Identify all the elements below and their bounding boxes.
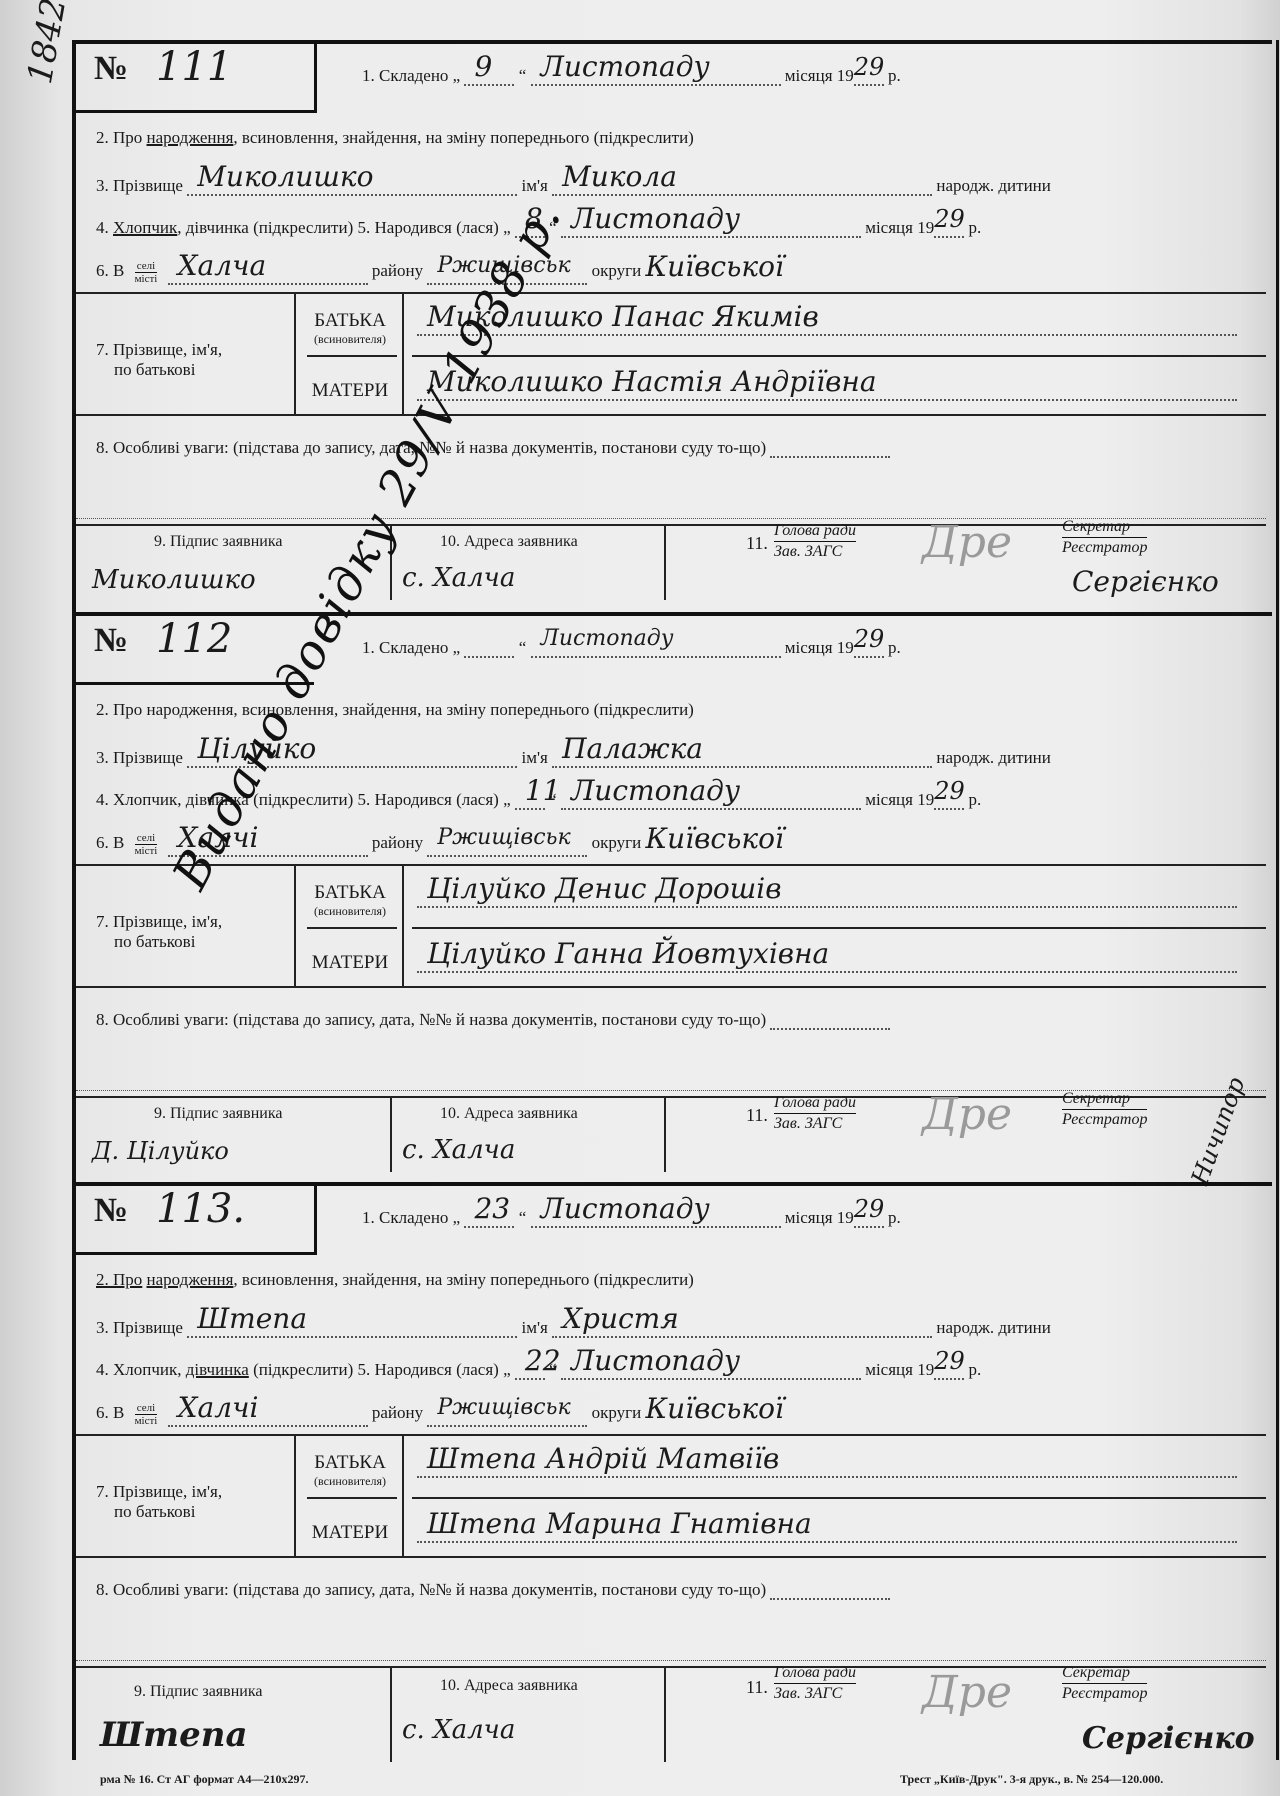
mother-name: Миколишко Настія Андріївна [427,365,877,399]
option-adoption: всиновлення [242,128,334,147]
divider [412,1497,1266,1499]
applicant-signature: Д. Цілуйко [92,1137,229,1165]
secretary-signature: Сергієнко [1072,565,1219,598]
divider [390,1667,392,1762]
born-day: 11 [525,774,561,808]
label-district: району [372,261,423,280]
mother-row: Штепа Марина Гнатівна [417,1515,1260,1543]
child-surname: Миколишко [197,160,373,194]
row-composed: 1. Складено „ “ Листопаду місяця 1929 р. [362,630,1260,658]
label-name: ім'я [521,1318,547,1337]
label-surname: 3. Прізвище [96,1318,183,1337]
divider [76,1434,1266,1436]
divider [390,1097,392,1172]
option-change: на зміну попереднього (підкреслити) [426,700,694,719]
option-girl: дівчинка [186,218,249,237]
label-in: 6. В [96,261,124,280]
label-born: 5. Народився (лася) „ [358,1360,511,1379]
divider [412,355,1266,357]
composed-year: 29 [854,622,885,656]
composed-month: Листопаду [541,1192,710,1226]
applicant-address: с. Халча [402,563,515,593]
composed-month: Листопаду [541,50,710,84]
born-year: 29 [934,202,965,236]
label-applicant-address: 10. Адреса заявника [440,1105,578,1123]
divider [307,355,397,357]
label-applicant-address: 10. Адреса заявника [440,533,578,551]
label-child: народж. дитини [936,748,1051,767]
okruha-name: Київської [645,1392,783,1425]
divider [76,414,1266,416]
divider [294,294,296,414]
form-footer-right: Трест „Київ-Друк". 3-я друк., в. № 254—1… [900,1772,1163,1787]
mother-row: Миколишко Настія Андріївна [417,373,1260,401]
label-head-num: 11. [746,1677,768,1698]
option-boy: Хлопчик [113,1360,177,1379]
option-foundling: знайдення [342,128,417,147]
row-place: 6. В селімісті Халча району Ржищівськ ок… [96,250,1260,285]
option-foundling: знайдення [342,1270,417,1289]
composed-year: 29 [854,1192,885,1226]
label-secretary: СекретарРеєстратор [1062,1089,1147,1130]
label-parents: 7. Прізвище, ім'я, [96,340,222,359]
label-head: Голова радиЗав. ЗАГС [774,521,856,562]
label-surname: 3. Прізвище [96,748,183,767]
label-year: р. [968,1360,981,1379]
divider [664,525,666,600]
label-district: району [372,833,423,852]
row-remarks: 8. Особливі уваги: (підстава до запису, … [96,1010,1260,1030]
secretary-signature: Сергієнко [1082,1721,1255,1756]
label-composed: 1. Складено „ [362,638,460,657]
option-change: на зміну попереднього (підкреслити) [426,1270,694,1289]
label-patronymic: по батькові [96,932,195,951]
label-okruha: округи [592,1403,642,1422]
row-remarks: 8. Особливі уваги: (підстава до запису, … [96,438,1260,458]
record-112: № 112 1. Складено „ “ Листопаду місяця 1… [72,612,1272,1117]
divider [402,866,404,986]
divider [664,1667,666,1762]
mother-label: МАТЕРИ [298,952,402,974]
label-gender-num: 4. [96,790,109,809]
row-composed: 1. Складено „ 9 “ Листопаду місяця 1929 … [362,58,1260,86]
divider [76,864,1266,866]
option-birth: народження [147,128,234,147]
father-row: Штепа Андрій Матвіїв [417,1450,1260,1478]
label-about: 2. Про [96,128,142,147]
applicant-signature: Штепа [100,1715,247,1755]
label-month: місяця 19 [865,1360,934,1379]
label-month: місяця 19 [785,638,854,657]
label-about: 2. Про [96,700,142,719]
born-year: 29 [934,1344,965,1378]
option-foundling: знайдення [342,700,417,719]
label-in: 6. В [96,833,124,852]
number-sign: № [94,1192,128,1230]
label-parents: 7. Прізвище, ім'я, [96,912,222,931]
option-boy: Хлопчик [113,218,177,237]
record-112-signatures: 9. Підпис заявника 10. Адреса заявника 1… [72,1097,1272,1177]
village-town-fraction: селімісті [135,1402,158,1427]
label-patronymic: по батькові [96,360,195,379]
village-name: Халчі [178,1391,259,1425]
village-name: Халча [178,249,267,283]
label-remarks: 8. Особливі уваги: (підстава до запису, … [96,1010,766,1029]
label-remarks: 8. Особливі уваги: (підстава до запису, … [96,1580,766,1599]
remarks-value [770,1014,890,1030]
divider [402,294,404,414]
row-gender-born: 4. Хлопчик, дівчинка (підкреслити) 5. На… [96,210,1260,238]
label-okruha: округи [592,833,642,852]
label-head: Голова радиЗав. ЗАГС [774,1663,856,1704]
okruha-name: Київської [645,822,783,855]
label-child: народж. дитини [936,176,1051,195]
option-birth: народження [147,1270,234,1289]
district-name: Ржищівськ [437,1391,570,1425]
row-remarks: 8. Особливі уваги: (підстава до запису, … [96,1580,1260,1600]
father-name: Цілуйко Денис Дорошів [427,872,782,906]
born-month: Листопаду [571,774,740,808]
label-name: ім'я [521,748,547,767]
district-name: Ржищівськ [437,821,570,855]
label-underline-hint: (підкреслити) [253,790,353,809]
applicant-signature: Миколишко [92,565,256,595]
option-birth: народження [147,700,234,719]
label-parents: 7. Прізвище, ім'я, [96,1482,222,1501]
born-year: 29 [934,774,965,808]
father-label: БАТЬКА(всиновителя) [298,1452,402,1489]
label-month: місяця 19 [865,218,934,237]
okruha-name: Київської [645,250,783,283]
head-signature: Дре [922,1089,1012,1140]
father-row: Миколишко Панас Якимів [417,308,1260,336]
divider [412,927,1266,929]
father-row: Цілуйко Денис Дорошів [417,880,1260,908]
record-111-signatures: 9. Підпис заявника 10. Адреса заявника 1… [72,525,1272,605]
label-gender-num: 4. [96,218,109,237]
applicant-address: с. Халча [402,1715,515,1745]
record-number: 111 [156,44,232,90]
label-year: р. [968,218,981,237]
record-111: № 111 1. Складено „ 9 “ Листопаду місяця… [72,40,1272,545]
label-year: р. [968,790,981,809]
mother-label: МАТЕРИ [298,380,402,402]
applicant-address: с. Халча [402,1135,515,1165]
label-composed: 1. Складено „ [362,66,460,85]
number-sign: № [94,622,128,660]
label-gender-num: 4. [96,1360,109,1379]
row-about: 2. Про народження, всиновлення, знайденн… [96,1270,1260,1290]
record-number-box: № 113. [76,1182,317,1255]
record-number: 113. [156,1186,245,1232]
divider [307,1497,397,1499]
label-month: місяця 19 [785,66,854,85]
label-applicant-signature: 9. Підпис заявника [134,1683,262,1701]
child-name: Христя [562,1302,679,1336]
born-month: Листопаду [571,202,740,236]
row-surname: 3. Прізвище Штепа ім'я Христя народж. ди… [96,1310,1260,1338]
label-applicant-signature: 9. Підпис заявника [154,533,282,551]
label-patronymic: по батькові [96,1502,195,1521]
father-label: БАТЬКА(всиновителя) [298,882,402,919]
label-composed: 1. Складено „ [362,1208,460,1227]
child-name: Микола [562,160,677,194]
label-applicant-address: 10. Адреса заявника [440,1677,578,1695]
composed-year: 29 [854,50,885,84]
village-town-fraction: селімісті [135,832,158,857]
divider [76,292,1266,294]
record-113-signatures: 9. Підпис заявника 10. Адреса заявника 1… [72,1667,1272,1767]
label-head: Голова радиЗав. ЗАГС [774,1093,856,1134]
row-place: 6. В селімісті Халчі району Ржищівськ ок… [96,822,1260,857]
label-okruha: округи [592,261,642,280]
remarks-value [770,442,890,458]
composed-month: Листопаду [541,622,674,656]
composed-day: 9 [474,50,492,84]
label-underline-hint: (підкреслити) [253,218,353,237]
head-signature: Дре [922,1667,1012,1718]
born-day: 22 [525,1344,561,1378]
label-secretary: СекретарРеєстратор [1062,517,1147,558]
divider [76,986,1266,988]
row-gender-born: 4. Хлопчик, дівчинка (підкреслити) 5. На… [96,1352,1260,1380]
label-year: р. [888,1208,901,1227]
label-applicant-signature: 9. Підпис заявника [154,1105,282,1123]
mother-row: Цілуйко Ганна Йовтухівна [417,945,1260,973]
head-signature: Дре [922,517,1012,568]
child-surname: Штепа [197,1302,307,1336]
mother-name: Цілуйко Ганна Йовтухівна [427,937,829,971]
option-change: на зміну попереднього (підкреслити) [426,128,694,147]
label-secretary: СекретарРеєстратор [1062,1663,1147,1704]
father-name: Штепа Андрій Матвіїв [427,1442,779,1476]
record-number: 112 [156,616,232,662]
label-head-num: 11. [746,1105,768,1126]
label-month: місяця 19 [785,1208,854,1227]
remarks-value [770,1584,890,1600]
record-number-box: № 111 [76,40,317,113]
divider [76,1556,1266,1558]
form-footer-left: рма № 16. Ст АГ формат А4—210x297. [100,1772,308,1787]
divider [76,1660,1266,1661]
label-born: 5. Народився (лася) „ [358,218,511,237]
father-label: БАТЬКА(всиновителя) [298,310,402,347]
label-about: 2. Про [96,1270,142,1289]
option-girl: дівчинка [186,1360,249,1379]
record-113: № 113. 1. Складено „ 23 “ Листопаду міся… [72,1182,1272,1687]
label-month: місяця 19 [865,790,934,809]
mother-label: МАТЕРИ [298,1522,402,1544]
composed-day: 23 [474,1192,510,1226]
divider [307,927,397,929]
label-head-num: 11. [746,533,768,554]
label-in: 6. В [96,1403,124,1422]
label-year: р. [888,66,901,85]
label-born: 5. Народився (лася) „ [358,790,511,809]
divider [402,1436,404,1556]
divider [294,1436,296,1556]
village-town-fraction: селімісті [135,260,158,285]
divider [294,866,296,986]
option-boy: Хлопчик [113,790,177,809]
label-surname: 3. Прізвище [96,176,183,195]
row-surname: 3. Прізвище Миколишко ім'я Микола народж… [96,168,1260,196]
row-place: 6. В селімісті Халчі району Ржищівськ ок… [96,1392,1260,1427]
child-name: Палажка [562,732,703,766]
label-underline-hint: (підкреслити) [253,1360,353,1379]
mother-name: Штепа Марина Гнатівна [427,1507,812,1541]
divider [664,1097,666,1172]
label-district: району [372,1403,423,1422]
row-about: 2. Про народження, всиновлення, знайденн… [96,128,1260,148]
label-child: народж. дитини [936,1318,1051,1337]
option-adoption: всиновлення [242,1270,334,1289]
label-year: р. [888,638,901,657]
born-month: Листопаду [571,1344,740,1378]
number-sign: № [94,50,128,88]
row-composed: 1. Складено „ 23 “ Листопаду місяця 1929… [362,1200,1260,1228]
